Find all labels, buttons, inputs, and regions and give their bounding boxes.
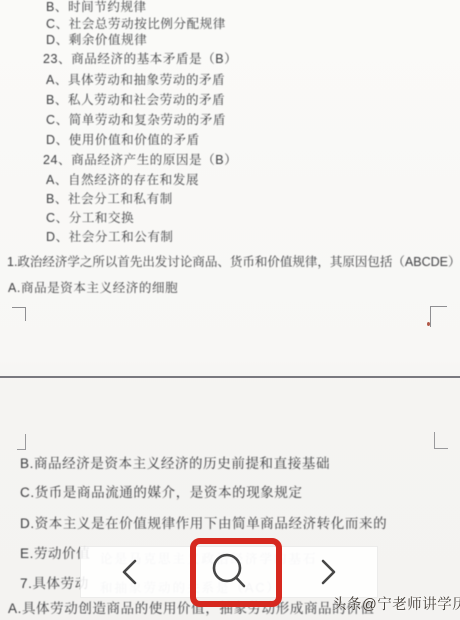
quiz-option: A、自然经济的存在和发展 [46,172,199,188]
quiz-option: B、私人劳动和社会劳动的矛盾 [46,92,225,108]
quiz-option: D、社会分工和公有制 [46,229,174,245]
crop-mark-left [12,307,26,321]
chevron-right-icon [317,557,339,587]
quiz-option: C、分工和交换 [46,210,134,226]
quiz-option: A.商品是资本主义经济的细胞 [8,280,178,296]
quiz-question: 24、商品经济产生的原因是（B） [43,152,237,168]
quiz-option: A、具体劳动和抽象劳动的矛盾 [46,72,225,88]
chevron-left-icon [119,557,141,587]
reader-toolbar [80,546,378,598]
next-page-button[interactable] [313,553,343,591]
quiz-question: 1.政治经济学之所以首先出发讨论商品、货币和价值规律，其原因包括（ABCDE） [7,254,460,270]
quiz-option: A.具体劳动创造商品的使用价值，抽象劳动形成商品的价值 [8,601,374,617]
search-button[interactable] [205,548,253,596]
crop-mark-right [430,306,447,327]
search-icon [209,552,249,592]
quiz-option: B、时间节约规律 [46,0,147,15]
quiz-option: D、使用价值和价值的矛盾 [46,132,200,148]
reader-screenshot: B、时间节约规律 C、社会总劳动按比例分配规律 D、剩余价值规律 23、商品经济… [0,0,460,620]
quiz-option: C.货币是商品流通的媒介，是资本的现象规定 [20,485,303,501]
quiz-option: B.商品经济是资本主义经济的历史前提和直接基础 [20,456,330,472]
quiz-option: D.资本主义是在价值规律作用下由简单商品经济转化而来的 [20,516,387,532]
page-divider [0,376,460,378]
dust-speck [427,322,430,326]
quiz-option: D、剩余价值规律 [46,32,147,48]
crop-mark-left [17,434,26,450]
crop-mark-right [434,432,448,449]
quiz-option: B、社会分工和私有制 [46,191,173,207]
quiz-option: C、简单劳动和复杂劳动的矛盾 [46,112,226,128]
watermark: 头条@宁老师讲学历 [332,593,460,614]
quiz-question: 7.具体劳动 [20,576,89,592]
quiz-option: C、社会总劳动按比例分配规律 [46,16,226,32]
previous-page-button[interactable] [115,553,145,591]
quiz-question: 23、商品经济的基本矛盾是（B） [43,51,237,67]
